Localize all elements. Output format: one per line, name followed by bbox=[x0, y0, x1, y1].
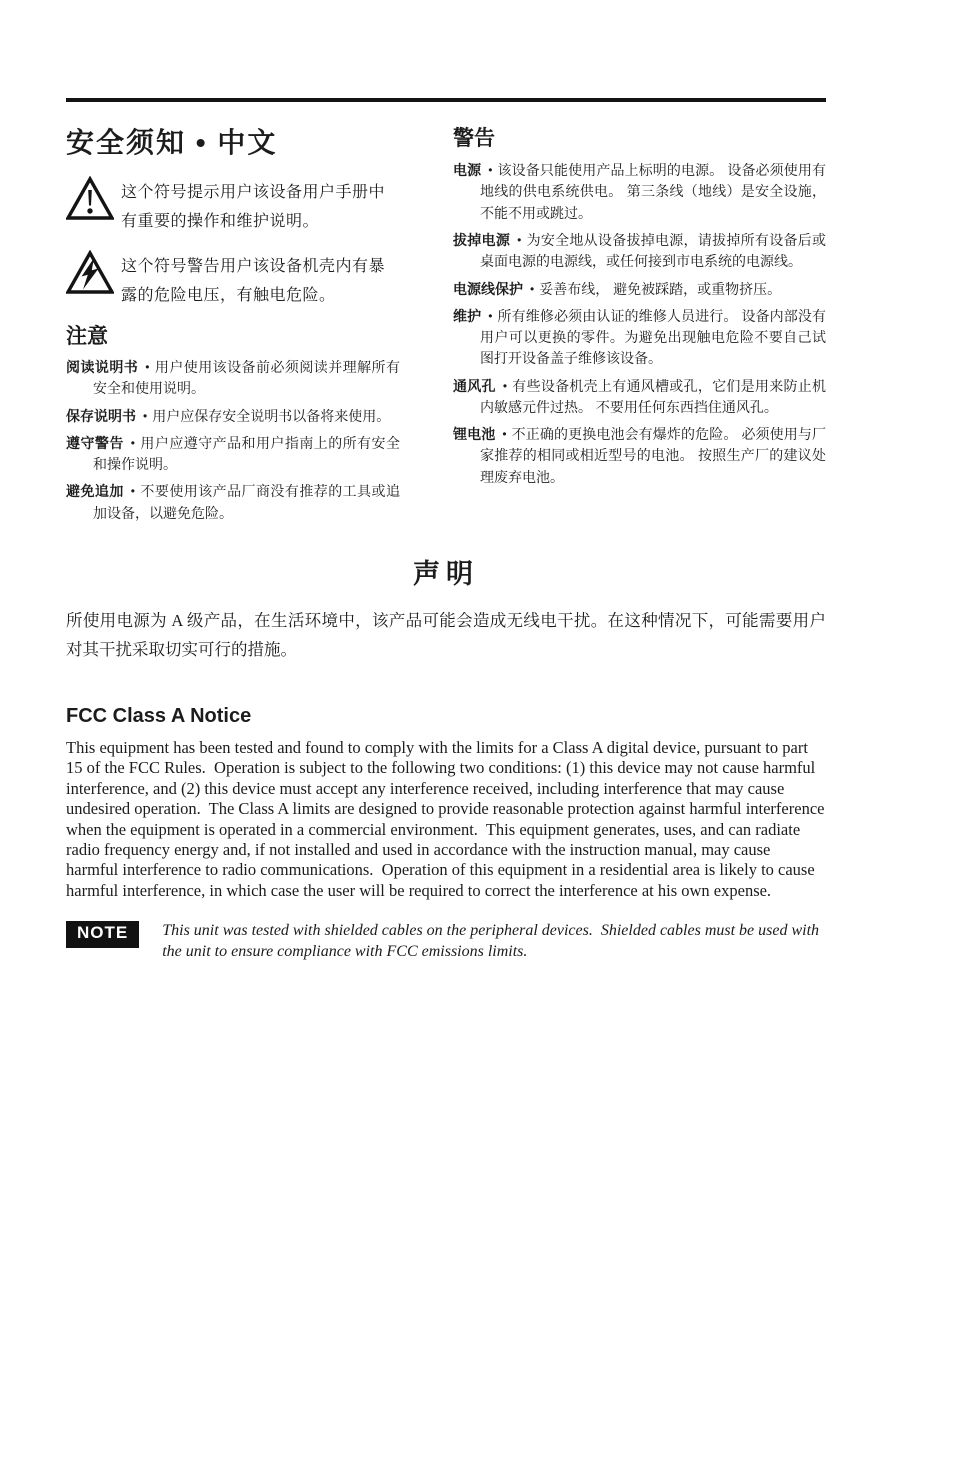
symbol-note-attention: 这个符号提示用户该设备用户手册中有重要的操作和维护说明。 bbox=[66, 176, 400, 237]
item-label: 锂电池 bbox=[453, 426, 495, 442]
bullet-separator: • bbox=[124, 482, 140, 500]
item-label: 遵守警告 bbox=[66, 435, 124, 451]
item-label: 保存说明书 bbox=[66, 408, 136, 424]
declaration-body: 所使用电源为 A 级产品，在生活环境中，该产品可能会造成无线电干扰。在这种情况下… bbox=[66, 607, 826, 665]
bullet-separator: • bbox=[496, 377, 512, 395]
item-text: 用户应保存安全说明书以备将来使用。 bbox=[152, 408, 390, 424]
item-text: 该设备只能使用产品上标明的电源。 设备必须使用有地线的供电系统供电。 第三条线（… bbox=[480, 162, 826, 221]
warning-list: 电源•该设备只能使用产品上标明的电源。 设备必须使用有地线的供电系统供电。 第三… bbox=[453, 160, 826, 488]
warning-item: 通风孔•有些设备机壳上有通风槽或孔，它们是用来防止机内敏感元件过热。 不要用任何… bbox=[453, 376, 826, 419]
item-label: 电源 bbox=[453, 162, 481, 178]
warning-item: 电源线保护•妥善布线， 避免被踩踏，或重物挤压。 bbox=[453, 279, 826, 300]
item-text: 用户应遵守产品和用户指南上的所有安全和操作说明。 bbox=[93, 435, 400, 472]
bullet-separator: • bbox=[124, 434, 140, 452]
two-column-area: 安全须知 • 中文 这个符号提示用户该设备用户手册中有重要的操作和维护说明。 bbox=[66, 126, 826, 530]
lightning-triangle-icon bbox=[66, 250, 114, 296]
caution-item: 避免追加•不要使用该产品厂商没有推荐的工具或追加设备，以避免危险。 bbox=[66, 481, 400, 524]
bullet-separator: • bbox=[523, 280, 539, 298]
item-text: 有些设备机壳上有通风槽或孔，它们是用来防止机内敏感元件过热。 不要用任何东西挡住… bbox=[480, 378, 826, 415]
warning-item: 锂电池•不正确的更换电池会有爆炸的危险。 必须使用与厂家推荐的相同或相近型号的电… bbox=[453, 424, 826, 488]
safety-title: 安全须知 • 中文 bbox=[66, 126, 400, 160]
fcc-heading: FCC Class A Notice bbox=[66, 705, 826, 728]
item-label: 电源线保护 bbox=[453, 281, 523, 297]
bullet-separator: • bbox=[510, 231, 526, 249]
warning-item: 拔掉电源•为安全地从设备拔掉电源，请拔掉所有设备后或桌面电源的电源线，或任何接到… bbox=[453, 230, 826, 273]
declaration-heading: 声明 bbox=[66, 552, 826, 591]
fcc-body: This equipment has been tested and found… bbox=[66, 738, 826, 902]
item-text: 不正确的更换电池会有爆炸的危险。 必须使用与厂家推荐的相同或相近型号的电池。 按… bbox=[480, 426, 826, 485]
item-text: 不要使用该产品厂商没有推荐的工具或追加设备，以避免危险。 bbox=[93, 483, 400, 520]
bullet-separator: • bbox=[495, 425, 511, 443]
symbol-note-text: 这个符号提示用户该设备用户手册中有重要的操作和维护说明。 bbox=[121, 178, 400, 237]
caution-heading: 注意 bbox=[66, 324, 400, 349]
bullet-separator: • bbox=[136, 407, 152, 425]
item-text: 妥善布线， 避免被踩踏，或重物挤压。 bbox=[539, 281, 781, 297]
bullet-separator: • bbox=[138, 358, 154, 376]
symbol-note-text: 这个符号警告用户该设备机壳内有暴露的危险电压，有触电危险。 bbox=[121, 252, 400, 311]
warning-item: 维护•所有维修必须由认证的维修人员进行。 设备内部没有用户可以更换的零件。为避免… bbox=[453, 306, 826, 370]
item-label: 阅读说明书 bbox=[66, 359, 138, 375]
item-text: 所有维修必须由认证的维修人员进行。 设备内部没有用户可以更换的零件。为避免出现触… bbox=[480, 308, 826, 367]
item-label: 维护 bbox=[453, 308, 481, 324]
bullet-separator: • bbox=[481, 161, 497, 179]
manual-page: 安全须知 • 中文 这个符号提示用户该设备用户手册中有重要的操作和维护说明。 bbox=[0, 0, 954, 1475]
top-rule bbox=[66, 98, 826, 102]
warning-column: 警告 电源•该设备只能使用产品上标明的电源。 设备必须使用有地线的供电系统供电。… bbox=[453, 126, 826, 530]
note-badge: NOTE bbox=[66, 921, 139, 947]
item-text: 为安全地从设备拔掉电源，请拔掉所有设备后或桌面电源的电源线，或任何接到市电系统的… bbox=[480, 232, 826, 269]
note-block: NOTE This unit was tested with shielded … bbox=[66, 921, 826, 962]
symbol-note-voltage: 这个符号警告用户该设备机壳内有暴露的危险电压，有触电危险。 bbox=[66, 250, 400, 311]
note-text: This unit was tested with shielded cable… bbox=[162, 921, 822, 962]
item-label: 通风孔 bbox=[453, 378, 496, 394]
caution-item: 阅读说明书•用户使用该设备前必须阅读并理解所有安全和使用说明。 bbox=[66, 357, 400, 400]
bullet-separator: • bbox=[481, 307, 497, 325]
caution-item: 保存说明书•用户应保存安全说明书以备将来使用。 bbox=[66, 406, 400, 427]
caution-list: 阅读说明书•用户使用该设备前必须阅读并理解所有安全和使用说明。 保存说明书•用户… bbox=[66, 357, 400, 524]
warning-heading: 警告 bbox=[453, 126, 826, 151]
warning-item: 电源•该设备只能使用产品上标明的电源。 设备必须使用有地线的供电系统供电。 第三… bbox=[453, 160, 826, 224]
alert-triangle-icon bbox=[66, 176, 114, 222]
caution-item: 遵守警告•用户应遵守产品和用户指南上的所有安全和操作说明。 bbox=[66, 433, 400, 476]
item-label: 拔掉电源 bbox=[453, 232, 510, 248]
item-label: 避免追加 bbox=[66, 483, 124, 499]
safety-column: 安全须知 • 中文 这个符号提示用户该设备用户手册中有重要的操作和维护说明。 bbox=[66, 126, 400, 530]
